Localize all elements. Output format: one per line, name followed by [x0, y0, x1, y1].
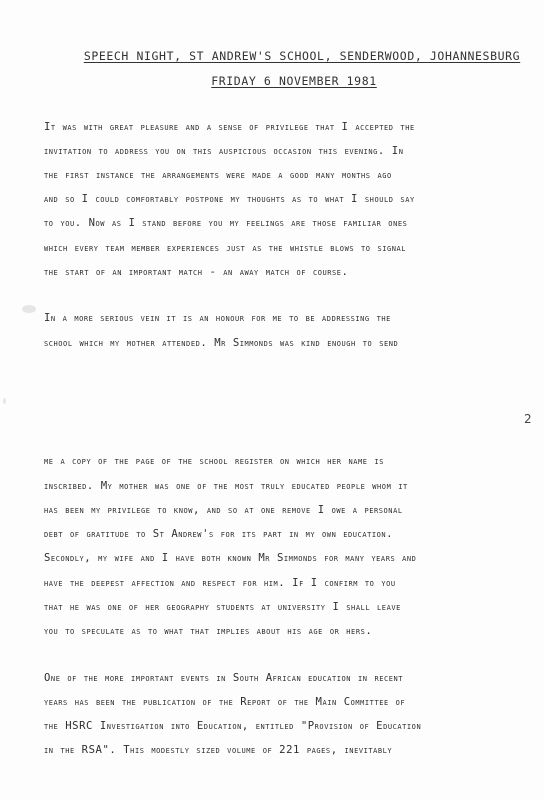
text-line: have the deepest affection and respect f… [44, 577, 396, 589]
scan-speck [3, 398, 6, 404]
text-line: school which my mother attended. Mr Simm… [44, 337, 398, 349]
text-line: you to speculate as to what that implies… [44, 625, 372, 637]
text-line: In a more serious vein it is an honour f… [44, 312, 391, 324]
text-line: and so I could comfortably postpone my t… [44, 193, 415, 205]
page-number: 2 [524, 412, 532, 426]
text-line: Secondly, my wife and I have both known … [44, 552, 416, 564]
text-line: me a copy of the page of the school regi… [44, 455, 384, 467]
text-line: inscribed. My mother was one of the most… [44, 480, 408, 492]
text-line: One of the more important events in Sout… [44, 672, 403, 684]
text-line: that he was one of her geography student… [44, 601, 401, 613]
text-line: the start of an important match - an awa… [44, 266, 348, 278]
text-line: in the RSA". This modestly sized volume … [44, 744, 392, 756]
text-line: to you. Now as I stand before you my fee… [44, 217, 407, 229]
text-line: the HSRC Investigation into Education, e… [44, 720, 421, 732]
text-line: debt of gratitude to St Andrew's for its… [44, 528, 393, 540]
text-line: which every team member experiences just… [44, 242, 406, 254]
text-line: has been my privilege to know, and so at… [44, 504, 403, 516]
document-page: SPEECH NIGHT, ST ANDREW'S SCHOOL, SENDER… [0, 0, 544, 800]
speech-title: SPEECH NIGHT, ST ANDREW'S SCHOOL, SENDER… [30, 49, 544, 63]
text-line: the first instance the arrangements were… [44, 169, 392, 181]
text-line: years has been the publication of the Re… [44, 696, 405, 708]
text-line: It was with great pleasure and a sense o… [44, 121, 415, 133]
scan-speck [22, 305, 36, 313]
speech-date: FRIDAY 6 NOVEMBER 1981 [22, 74, 544, 88]
text-line: invitation to address you on this auspic… [44, 145, 403, 157]
